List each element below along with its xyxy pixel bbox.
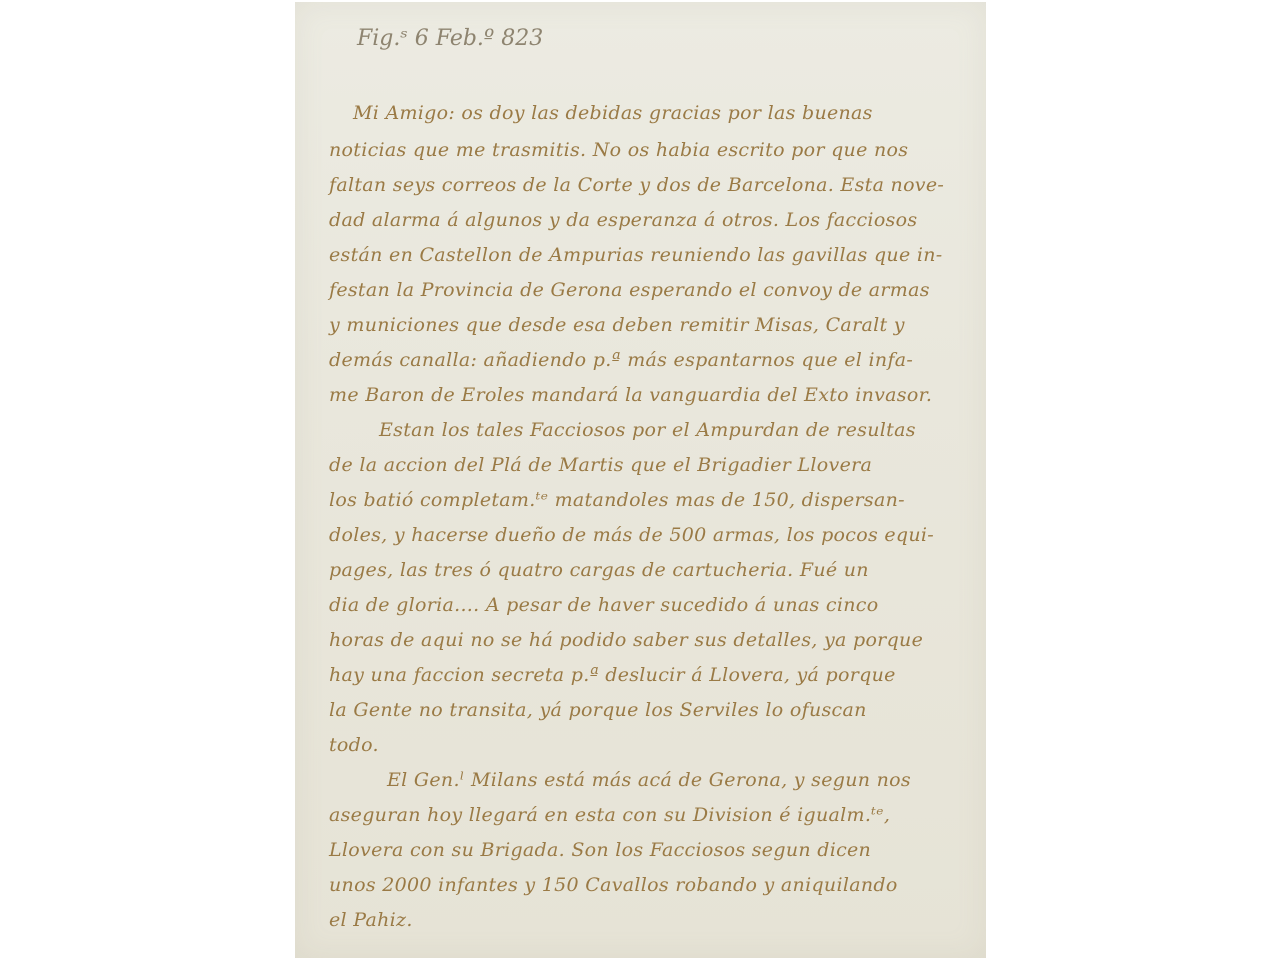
letter-line: están en Castellon de Ampurias reuniendo… xyxy=(329,244,986,266)
letter-line: noticias que me trasmitis. No os habia e… xyxy=(329,139,986,161)
letter-line: hay una faccion secreta p.ª deslucir á L… xyxy=(329,664,986,686)
letter-line: la Gente no transita, yá porque los Serv… xyxy=(329,699,986,721)
letter-line: faltan seys correos de la Corte y dos de… xyxy=(329,174,986,196)
letter-line: Estan los tales Facciosos por el Ampurda… xyxy=(379,419,986,441)
letter-line: doles, y hacerse dueño de más de 500 arm… xyxy=(329,524,986,546)
letter-line: Llovera con su Brigada. Son los Faccioso… xyxy=(329,839,986,861)
letter-line: festan la Provincia de Gerona esperando … xyxy=(329,279,986,301)
letter-line: de la accion del Plá de Martis que el Br… xyxy=(329,454,986,476)
letter-line: los batió completam.ᵗᵉ matandoles mas de… xyxy=(329,489,986,511)
letter-line: dia de gloria.... A pesar de haver suced… xyxy=(329,594,986,616)
letter-line: demás canalla: añadiendo p.ª más espanta… xyxy=(329,349,986,371)
letter-line: todo. xyxy=(329,734,986,756)
letter-line: unos 2000 infantes y 150 Cavallos roband… xyxy=(329,874,986,896)
letter-line: dad alarma á algunos y da esperanza á ot… xyxy=(329,209,986,231)
letter-line: aseguran hoy llegará en esta con su Divi… xyxy=(329,804,986,826)
letter-dateline: Fig.ˢ 6 Feb.º 823 xyxy=(357,26,543,51)
letter-line: Mi Amigo: os doy las debidas gracias por… xyxy=(353,102,986,124)
letter-line: el Pahiz. xyxy=(329,909,986,931)
letter-line: El Gen.ˡ Milans está más acá de Gerona, … xyxy=(387,769,986,791)
letter-line: y municiones que desde esa deben remitir… xyxy=(329,314,986,336)
letter-line: horas de aqui no se há podido saber sus … xyxy=(329,629,986,651)
letter-line: pages, las tres ó quatro cargas de cartu… xyxy=(329,559,986,581)
letter-line: me Baron de Eroles mandará la vanguardia… xyxy=(329,384,986,406)
letter-page: Fig.ˢ 6 Feb.º 823 Mi Amigo: os doy las d… xyxy=(295,2,986,958)
